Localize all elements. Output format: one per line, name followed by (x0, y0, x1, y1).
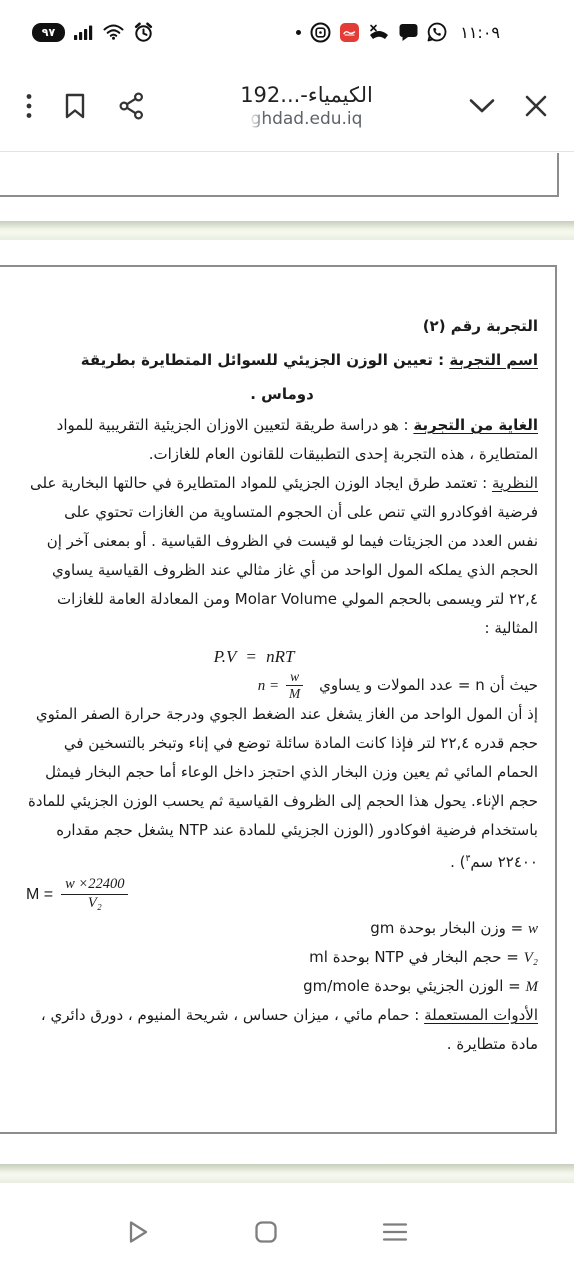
doc-line: الحجم الذي يملكه المول الواحد من أي غاز … (26, 556, 538, 585)
header-right-group (468, 94, 548, 118)
bookmark-icon[interactable] (62, 92, 88, 120)
doc-text-segment: M (526, 979, 539, 995)
doc-text-segment: : هو دراسة طريقة لتعيين الاوزان الجزيئية… (57, 416, 414, 434)
doc-text-segment: إذ أن المول الواحد من الغاز يشغل عند الض… (36, 705, 538, 723)
chevron-down-icon[interactable] (468, 97, 496, 115)
document-source-domain: ghdad.edu.iq (251, 109, 363, 129)
doc-text-segment: : تعيين الوزن الجزيئي للسوائل المتطايرة … (81, 351, 450, 369)
document-title: الكيمياء-...192 (175, 83, 438, 107)
doc-text-segment: النظرية (492, 474, 538, 492)
doc-text-segment: الغاية من التجربة (413, 416, 538, 434)
fraction: wM (286, 670, 303, 701)
doc-text-segment: حجم قدره ٢٢,٤ لتر فإذا كانت المادة سائلة… (64, 734, 538, 752)
doc-text-segment: : حمام مائي ، ميزان حساس ، شريحة المنيوم… (41, 1006, 424, 1024)
status-right-group: ١١:٠٩ (296, 22, 500, 43)
doc-text-segment: ٢٢٤٠٠ سم (470, 853, 538, 871)
doc-line: M = الوزن الجزيئي بوحدة gm/mole (26, 972, 538, 1001)
doc-line: التجربة رقم (٢) (26, 309, 538, 343)
doc-text-segment: = وزن البخار بوحدة gm (370, 919, 528, 937)
doc-text-segment: اسم التجربة (449, 351, 538, 369)
doc-line: المثالية : (26, 614, 538, 643)
doc-text-segment: التجربة رقم (٢) (423, 317, 538, 335)
red-app-icon (340, 23, 359, 42)
doc-line: النظرية : تعتمد طرق ايجاد الوزن الجزيئي … (26, 469, 538, 498)
doc-line: المتطايرة ، هذه التجربة إحدى التطبيقات ل… (26, 440, 538, 469)
doc-text-segment: الأدوات المستعملة (424, 1006, 538, 1024)
doc-line: نفس العدد من الجزيئات فيما لو قيست في ال… (26, 527, 538, 556)
doc-line: ٢٢٤٠٠ سم٣) . (26, 845, 538, 874)
doc-text-segment: باستخدام فرضية افوكادور (الوزن الجزيئي ل… (56, 821, 538, 839)
back-icon[interactable] (126, 1219, 150, 1245)
equation-line: P.V = nRT (26, 643, 538, 670)
doc-line: حجم قدره ٢٢,٤ لتر فإذا كانت المادة سائلة… (26, 729, 538, 758)
doc-line: الأدوات المستعملة : حمام مائي ، ميزان حس… (26, 1001, 538, 1030)
doc-text-segment: نفس العدد من الجزيئات فيما لو قيست في ال… (47, 532, 538, 550)
doc-text-segment: حجم الإناء. يحول هذا الحجم إلى الظروف ال… (28, 792, 538, 810)
doc-line: فرضية افوكادرو التي تنص على أن الحجوم ال… (26, 498, 538, 527)
doc-line: إذ أن المول الواحد من الغاز يشغل عند الض… (26, 700, 538, 729)
document-page: التجربة رقم (٢)اسم التجربة : تعيين الوزن… (0, 265, 557, 1134)
doc-line: اسم التجربة : تعيين الوزن الجزيئي للسوائ… (26, 343, 538, 377)
status-left-group: ٩٧ (32, 22, 154, 43)
doc-text-segment: الحجم الذي يملكه المول الواحد من أي غاز … (52, 561, 538, 579)
fraction: w ×22400V₂ (61, 877, 128, 910)
doc-text-segment: المثالية : (485, 619, 538, 637)
doc-text-segment: حيث أن n = عدد المولات و يساوي (319, 676, 538, 694)
viewer-header: الكيمياء-...192 ghdad.edu.iq (0, 60, 574, 152)
doc-text-segment: V₂ (524, 950, 538, 966)
home-icon[interactable] (254, 1220, 278, 1244)
inline-equation: n =wM (258, 670, 303, 701)
doc-text-segment: = حجم البخار في NTP بوحدة ml (309, 948, 523, 966)
doc-text-segment: فرضية افوكادرو التي تنص على أن الحجوم ال… (64, 503, 538, 521)
wifi-icon (103, 24, 124, 40)
status-bar: ٩٧ (0, 0, 574, 60)
clock-text: ١١:٠٩ (460, 23, 500, 42)
doc-line: w = وزن البخار بوحدة gm (26, 914, 538, 943)
doc-line: دوماس . (26, 377, 538, 411)
alarm-icon (133, 22, 154, 43)
notification-dot-icon (296, 30, 301, 35)
circle-app-icon (310, 22, 331, 43)
battery-percent: ٩٧ (42, 26, 55, 39)
title-block: الكيمياء-...192 ghdad.edu.iq (175, 83, 438, 129)
doc-text-segment: w (528, 921, 538, 937)
whatsapp-icon (427, 22, 447, 42)
missed-call-icon (368, 24, 390, 41)
document-body: التجربة رقم (٢)اسم التجربة : تعيين الوزن… (0, 267, 555, 1059)
doc-text-segment: ) . (450, 853, 465, 871)
doc-text-segment: دوماس . (250, 385, 314, 403)
previous-page-fragment (0, 153, 559, 197)
doc-line: ٢٢,٤ لتر ويسمى بالحجم المولي Molar Volum… (26, 585, 538, 614)
chat-icon (399, 23, 418, 41)
doc-text-segment: ٢٢,٤ لتر ويسمى بالحجم المولي Molar Volum… (57, 590, 538, 608)
doc-text-segment: مادة متطايرة . (447, 1035, 538, 1053)
doc-line: مادة متطايرة . (26, 1030, 538, 1059)
battery-indicator: ٩٧ (32, 23, 65, 42)
equation-line: M =w ×22400V₂ (26, 874, 538, 914)
doc-line: V₂ = حجم البخار في NTP بوحدة ml (26, 943, 538, 972)
doc-text-segment: = الوزن الجزيئي بوحدة gm/mole (303, 977, 525, 995)
android-navbar (0, 1184, 554, 1280)
doc-line: الغاية من التجربة : هو دراسة طريقة لتعيي… (26, 411, 538, 440)
page-gap-strip (0, 1164, 574, 1183)
doc-text-segment: المتطايرة ، هذه التجربة إحدى التطبيقات ل… (149, 445, 538, 463)
page-gap-strip (0, 221, 574, 240)
doc-line: حيث أن n = عدد المولات و يساويn =wM (26, 670, 538, 700)
doc-line: حجم الإناء. يحول هذا الحجم إلى الظروف ال… (26, 787, 538, 816)
doc-line: الحمام المائي ثم يعين وزن البخار الذي اح… (26, 758, 538, 787)
doc-text-segment: : تعتمد طرق ايجاد الوزن الجزيئي للمواد ا… (30, 474, 492, 492)
doc-line: باستخدام فرضية افوكادور (الوزن الجزيئي ل… (26, 816, 538, 845)
pdf-viewer[interactable]: التجربة رقم (٢)اسم التجربة : تعيين الوزن… (0, 153, 574, 1280)
close-icon[interactable] (524, 94, 548, 118)
recents-icon[interactable] (382, 1222, 408, 1242)
signal-bars-icon (74, 25, 94, 40)
overflow-menu-icon[interactable] (26, 93, 32, 119)
share-icon[interactable] (118, 92, 145, 120)
doc-text-segment: الحمام المائي ثم يعين وزن البخار الذي اح… (45, 763, 538, 781)
